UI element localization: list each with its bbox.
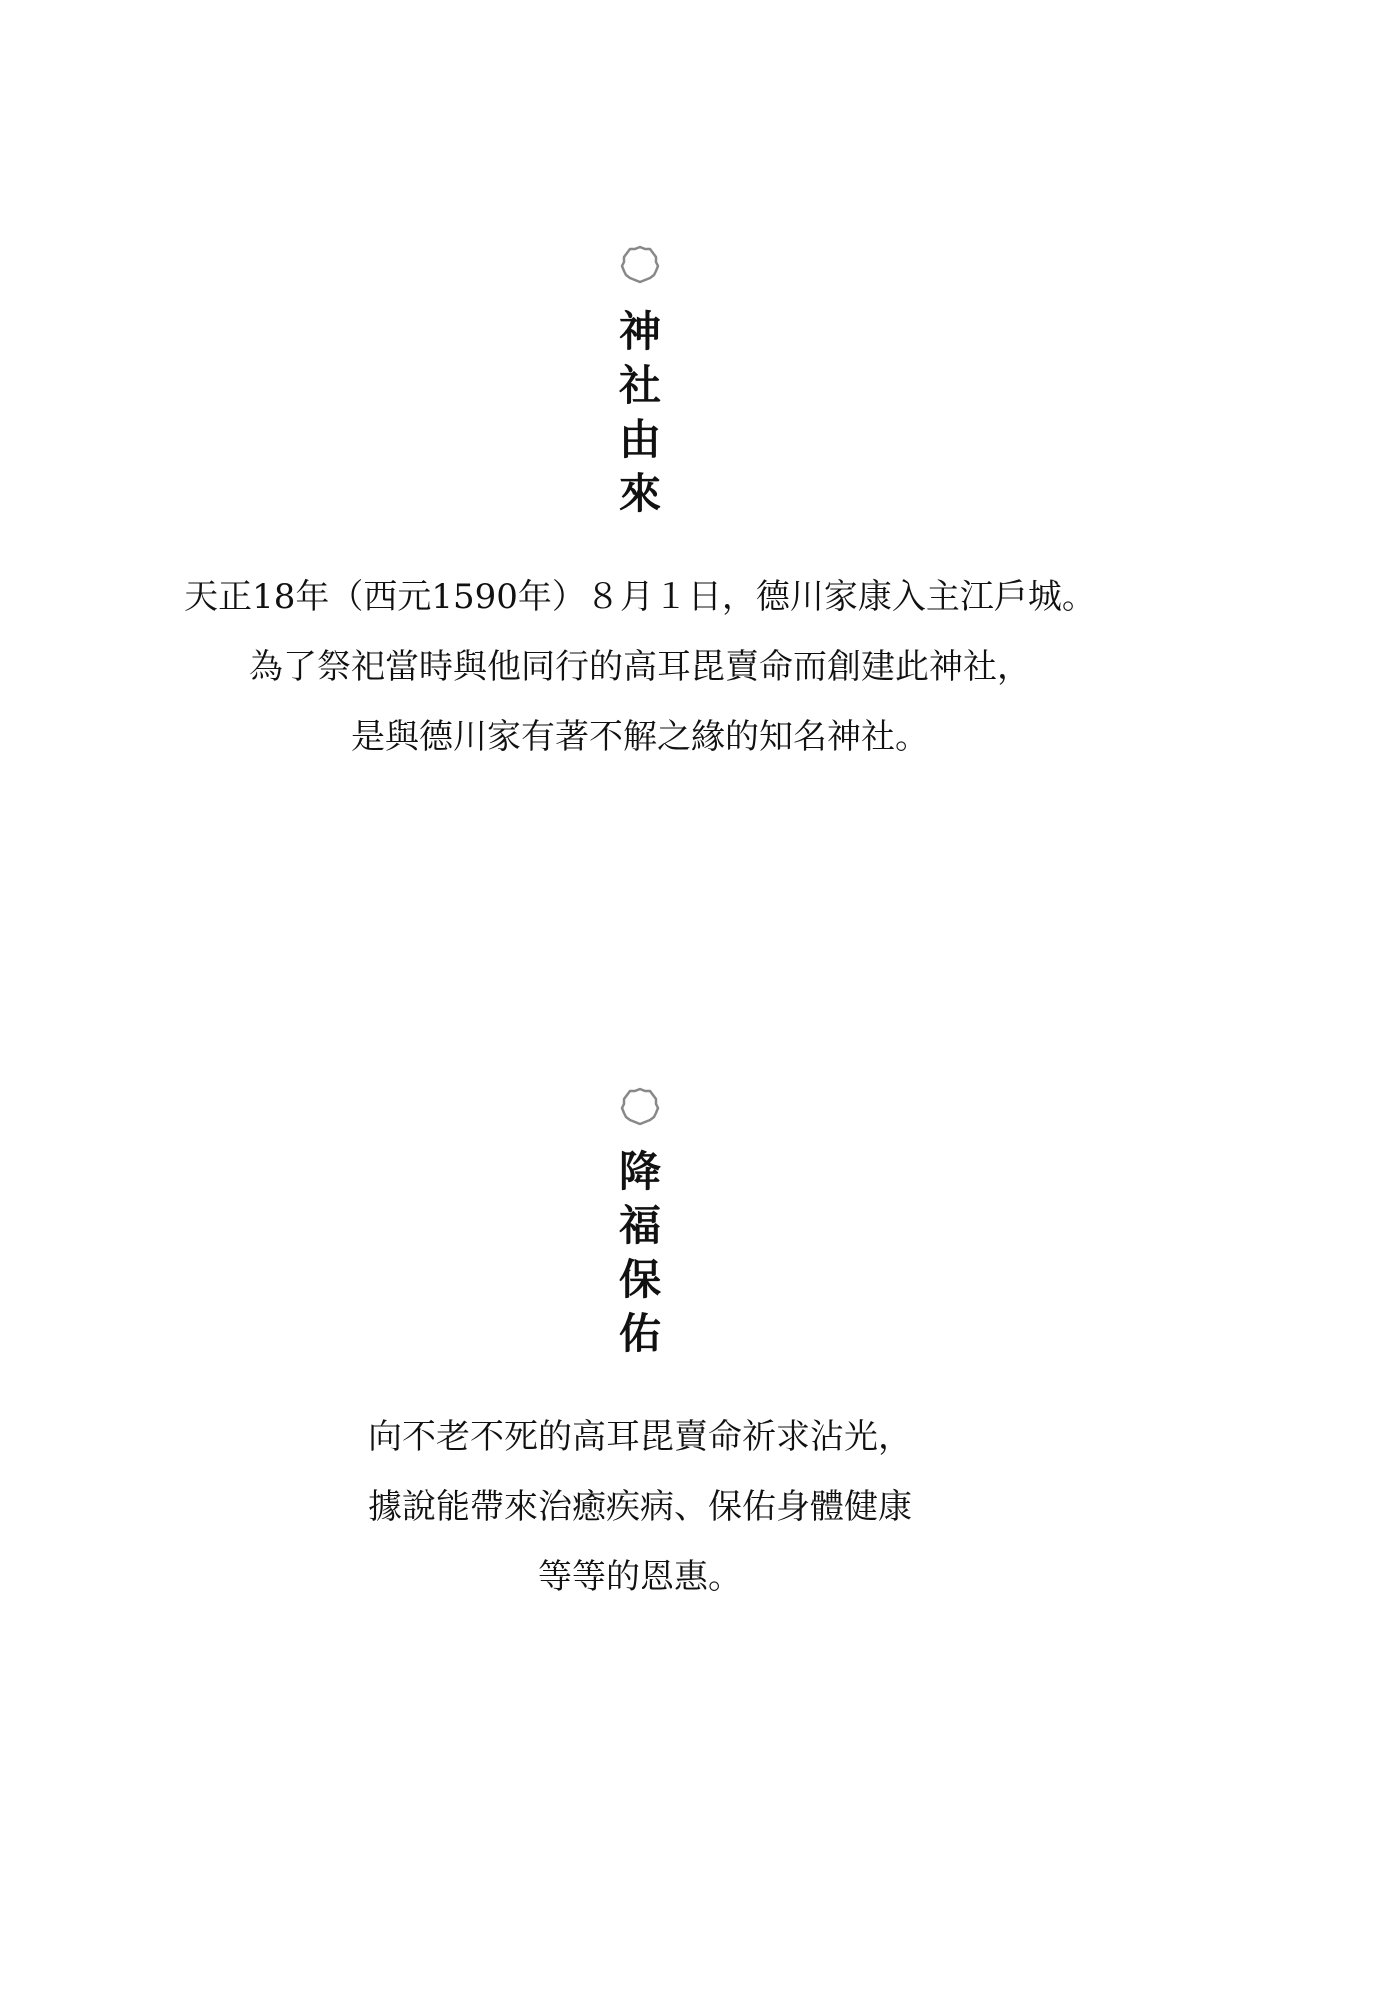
body-line: 為了祭祀當時與他同行的高耳毘賣命而創建此神社， — [0, 632, 1280, 702]
body-line: 向不老不死的高耳毘賣命祈求沾光， — [0, 1402, 1280, 1472]
section-title-vertical: 神 社 由 來 — [600, 305, 680, 521]
title-char: 保 — [600, 1253, 680, 1307]
body-line: 天正18年（西元1590年）８月１日，德川家康入主江戶城。 — [0, 562, 1280, 632]
title-char: 來 — [600, 467, 680, 521]
title-char: 福 — [600, 1199, 680, 1253]
title-char: 降 — [600, 1145, 680, 1199]
body-line: 據說能帶來治癒疾病、保佑身體健康 — [0, 1472, 1280, 1542]
section-body: 天正18年（西元1590年）８月１日，德川家康入主江戶城。 為了祭祀當時與他同行… — [0, 562, 1280, 772]
body-line: 等等的恩惠。 — [0, 1542, 1280, 1612]
title-char: 神 — [600, 305, 680, 359]
section-title-vertical: 降 福 保 佑 — [600, 1145, 680, 1361]
body-line: 是與德川家有著不解之緣的知名神社。 — [0, 702, 1280, 772]
scalloped-circle-icon — [620, 1086, 660, 1126]
scalloped-circle-icon — [620, 244, 660, 284]
title-char: 社 — [600, 359, 680, 413]
title-char: 由 — [600, 413, 680, 467]
section-body: 向不老不死的高耳毘賣命祈求沾光， 據說能帶來治癒疾病、保佑身體健康 等等的恩惠。 — [0, 1402, 1280, 1612]
title-char: 佑 — [600, 1307, 680, 1361]
